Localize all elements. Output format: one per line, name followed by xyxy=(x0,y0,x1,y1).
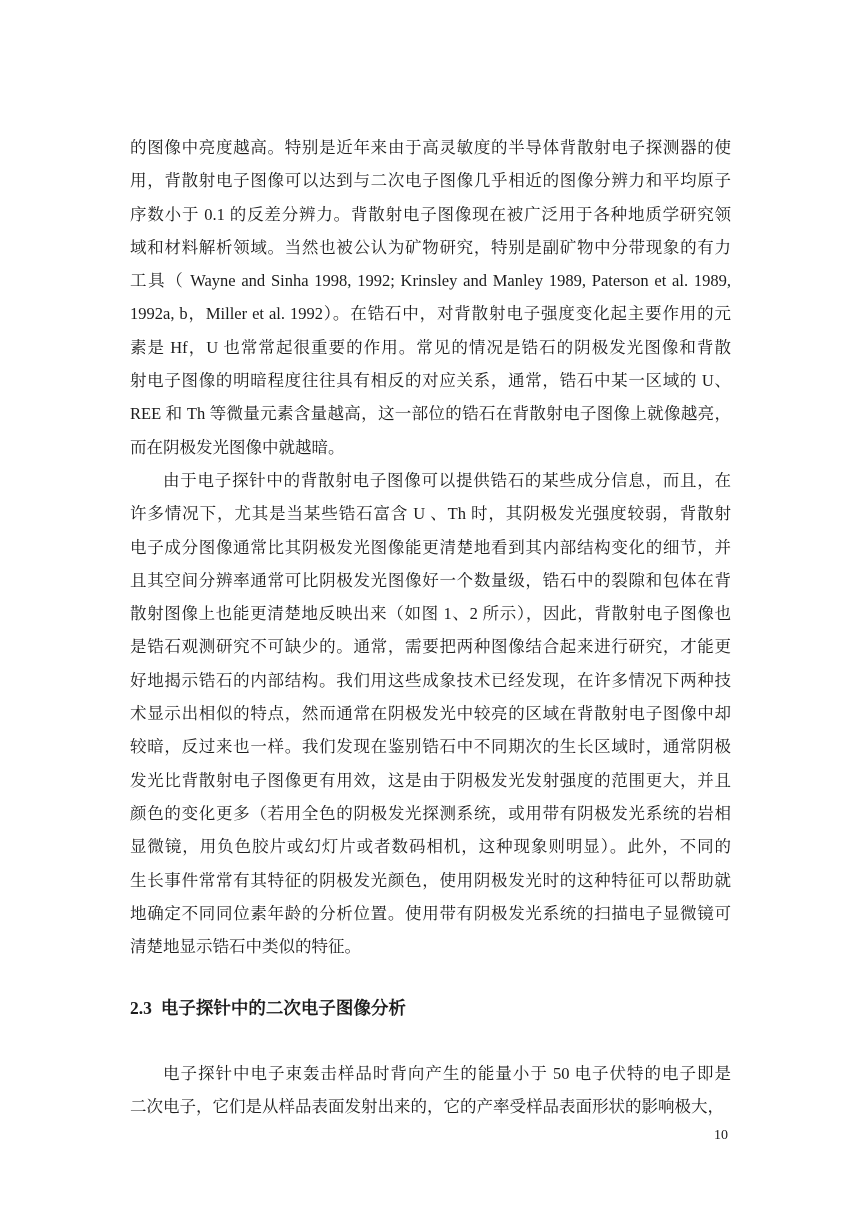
section-title: 电子探针中的二次电子图像分析 xyxy=(161,998,406,1018)
page-number: 10 xyxy=(714,1126,728,1146)
text-line: 颜色的变化更多（若用全色的阴极发光探测系统，或用带有阴极发光系统的岩相 xyxy=(130,797,731,830)
text-line: 地确定不同同位素年龄的分析位置。使用带有阴极发光系统的扫描电子显微镜可 xyxy=(130,897,731,930)
text-line: 散射图像上也能更清楚地反映出来（如图 1、2 所示），因此，背散射电子图像也 xyxy=(130,597,731,630)
paragraph-3: 电子探针中电子束轰击样品时背向产生的能量小于 50 电子伏特的电子即是 二次电子… xyxy=(130,1057,731,1124)
text-line: 且其空间分辨率通常可比阴极发光图像好一个数量级，锆石中的裂隙和包体在背 xyxy=(130,564,731,597)
text-line: 显微镜，用负色胶片或幻灯片或者数码相机，这种现象则明显）。此外，不同的 xyxy=(130,830,731,863)
text-line-citation: 1992a, b，Miller et al. 1992）。在锆石中，对背散射电子… xyxy=(130,297,731,330)
text-line: 的图像中亮度越高。特别是近年来由于高灵敏度的半导体背散射电子探测器的使 xyxy=(130,131,731,164)
text-line: 电子成分图像通常比其阴极发光图像能更清楚地看到其内部结构变化的细节，并 xyxy=(130,531,731,564)
text-block: 的图像中亮度越高。特别是近年来由于高灵敏度的半导体背散射电子探测器的使 用，背散… xyxy=(130,131,731,1123)
text-line: 而在阴极发光图像中就越暗。 xyxy=(130,431,731,464)
section-heading: 2.3电子探针中的二次电子图像分析 xyxy=(130,992,731,1025)
text-line: 术显示出相似的特点，然而通常在阴极发光中较亮的区域在背散射电子图像中却 xyxy=(130,697,731,730)
text-line: 好地揭示锆石的内部结构。我们用这些成象技术已经发现，在许多情况下两种技 xyxy=(130,664,731,697)
text-line: 生长事件常常有其特征的阴极发光颜色，使用阴极发光时的这种特征可以帮助就 xyxy=(130,864,731,897)
text-line: 序数小于 0.1 的反差分辨力。背散射电子图像现在被广泛用于各种地质学研究领 xyxy=(130,198,731,231)
text-line: 素是 Hf，U 也常常起很重要的作用。常见的情况是锆石的阴极发光图像和背散 xyxy=(130,331,731,364)
text-line: 电子探针中电子束轰击样品时背向产生的能量小于 50 电子伏特的电子即是 xyxy=(130,1057,731,1090)
text-line: 射电子图像的明暗程度往往具有相反的对应关系，通常，锆石中某一区域的 U、 xyxy=(130,364,731,397)
text-line: 发光比背散射电子图像更有用效，这是由于阴极发光发射强度的范围更大，并且 xyxy=(130,764,731,797)
text-line-citation: 工具（ Wayne and Sinha 1998, 1992; Krinsley… xyxy=(130,264,731,297)
paragraph-2: 由于电子探针中的背散射电子图像可以提供锆石的某些成分信息，而且，在 许多情况下，… xyxy=(130,464,731,963)
text-line: 清楚地显示锆石中类似的特征。 xyxy=(130,930,731,963)
text-line: 较暗，反过来也一样。我们发现在鉴别锆石中不同期次的生长区域时，通常阴极 xyxy=(130,730,731,763)
text-line: 二次电子，它们是从样品表面发射出来的，它的产率受样品表面形状的影响极大， xyxy=(130,1090,731,1123)
text-line: 用，背散射电子图像可以达到与二次电子图像几乎相近的图像分辨力和平均原子 xyxy=(130,164,731,197)
text-line: 是锆石观测研究不可缺少的。通常，需要把两种图像结合起来进行研究，才能更 xyxy=(130,630,731,663)
text-line: 许多情况下，尤其是当某些锆石富含 U 、Th 时，其阴极发光强度较弱，背散射 xyxy=(130,497,731,530)
text-line: 由于电子探针中的背散射电子图像可以提供锆石的某些成分信息，而且，在 xyxy=(130,464,731,497)
document-page: 的图像中亮度越高。特别是近年来由于高灵敏度的半导体背散射电子探测器的使 用，背散… xyxy=(0,0,860,1216)
paragraph-1: 的图像中亮度越高。特别是近年来由于高灵敏度的半导体背散射电子探测器的使 用，背散… xyxy=(130,131,731,464)
text-line: 域和材料解析领域。当然也被公认为矿物研究，特别是副矿物中分带现象的有力 xyxy=(130,231,731,264)
text-line: REE 和 Th 等微量元素含量越高，这一部位的锆石在背散射电子图像上就像越亮， xyxy=(130,397,731,430)
section-number: 2.3 xyxy=(130,998,152,1018)
